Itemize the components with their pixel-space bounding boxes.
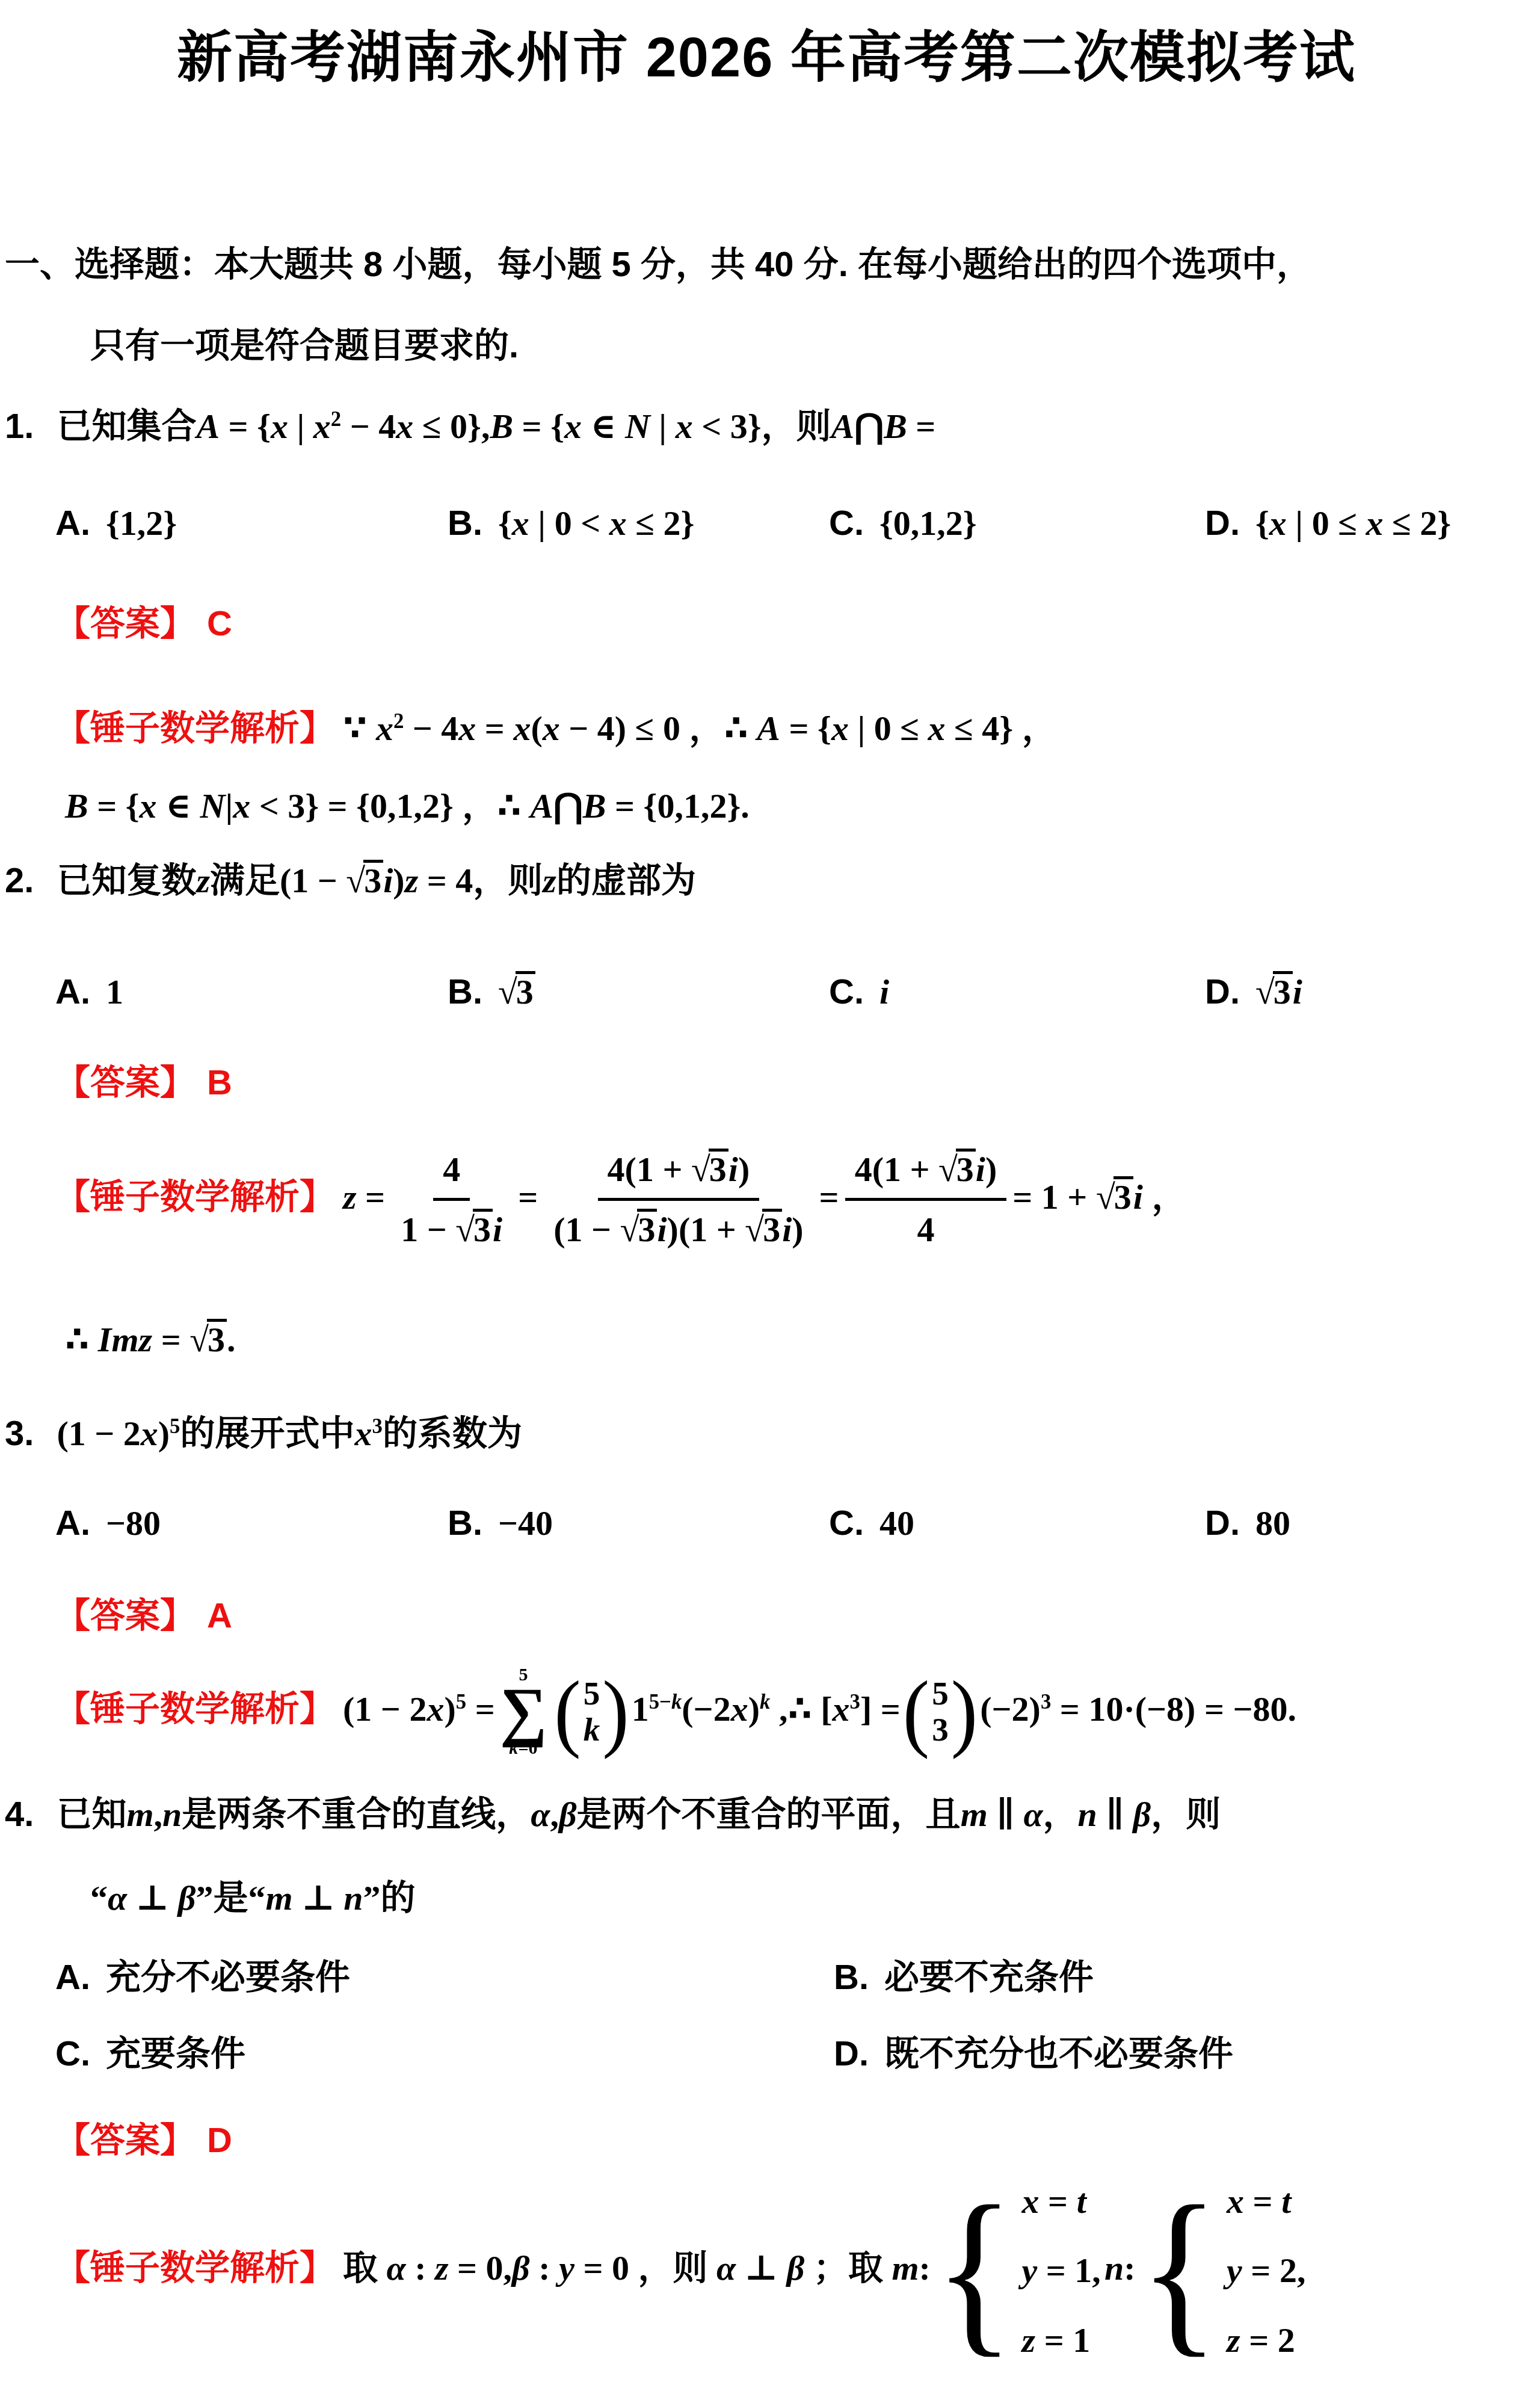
cases-n: {x = ty = 2,z = 2 [1139, 2179, 1305, 2363]
q1-option-d-value: {x | 0 ≤ x ≤ 2} [1255, 504, 1451, 543]
question-4: 4.已知m,n是两条不重合的直线，α,β是两个不重合的平面，且m ∥ α，n ∥… [5, 1792, 1528, 2363]
q4-stem2-math-2: “m ⊥ n” [248, 1878, 381, 1917]
q2-analysis-imz: ∴ Imz = √3. [65, 1320, 236, 1359]
q3-option-c-label: C. [829, 1504, 864, 1543]
q2-option-d: D.√3i [1205, 969, 1302, 1014]
q4-stem-math-ma: m ∥ α [961, 1795, 1043, 1834]
q3-stem-math-2: x3 [355, 1414, 383, 1453]
summation: 5∑k=0 [500, 1666, 547, 1757]
q2-answer-line: 【答案】B [5, 1060, 1528, 1105]
q3-answer-value: A [207, 1596, 232, 1635]
q2-option-a: A.1 [55, 969, 448, 1014]
q2-stem-text-4: 的虚部为 [556, 861, 696, 900]
q2-stem-math-1: (1 − √3i)z = 4 [280, 861, 473, 900]
q1-stem-math-1: A = {x | x2 − 4x ≤ 0},B = {x ∈ N | x < 3… [196, 407, 761, 446]
q4-stem-math-ab: α,β [531, 1795, 576, 1834]
q4-option-c-value: 充要条件 [106, 2034, 245, 2073]
q3-stem-math-1: (1 − 2x)5 [57, 1414, 180, 1453]
binomial-5-k-stack: 5k [581, 1676, 603, 1747]
question-3: 3.(1 − 2x)5的展开式中x3的系数为 A.−80 B.−40 C.40 … [5, 1411, 1528, 1757]
q4-option-a-value: 充分不必要条件 [106, 1958, 350, 1997]
q2-analysis-label: 【锤子数学解析】 [55, 1177, 334, 1217]
cases-n-line-2: y = 2, [1227, 2248, 1305, 2293]
q1-number: 1. [5, 407, 34, 446]
binomial-5-3: (53) [903, 1676, 978, 1747]
q4-stem-text-3: 是两个不重合的平面，且 [577, 1795, 961, 1834]
question-2: 2.已知复数z满足(1 − √3i)z = 4，则z的虚部为 A.1 B.√3 … [5, 858, 1528, 1363]
q1-option-b-label: B. [448, 504, 482, 543]
q1-answer-line: 【答案】C [5, 601, 1528, 646]
q2-analysis-line1: 【锤子数学解析】z =41 − √3i=4(1 + √3i)(1 − √3i)(… [5, 1144, 1528, 1255]
q2-option-a-label: A. [55, 972, 90, 1011]
q3-options: A.−80 B.−40 C.40 D.80 [5, 1501, 1528, 1546]
q2-option-c-label: C. [829, 972, 864, 1011]
q3-option-d-value: 80 [1255, 1504, 1290, 1543]
q2-stem-text-2: 满足 [210, 861, 280, 900]
q2-answer-value: B [207, 1063, 232, 1102]
cases-n-lines: x = ty = 2,z = 2 [1227, 2179, 1305, 2363]
q4-analysis-lead: 取 α : z = 0,β : y = 0 ，则 α ⊥ β ；取 m: [343, 2248, 931, 2287]
q4-analysis-mid: n: [1104, 2248, 1136, 2287]
q1-answer-label: 【答案】 [55, 604, 195, 643]
page-title: 新高考湖南永州市 2026 年高考第二次模拟考试 [5, 26, 1528, 90]
q3-option-a-value: −80 [106, 1504, 161, 1543]
q3-analysis-tail: (−2)3 = 10·(−8) = −80. [980, 1689, 1296, 1729]
q2-fraction-2-denominator: (1 − √3i)(1 + √3i) [544, 1201, 813, 1254]
q2-option-c: C.i [829, 969, 1205, 1014]
q2-fraction-3-numerator: 4(1 + √3i) [845, 1144, 1007, 1201]
left-paren-icon: ( [554, 1677, 581, 1746]
q4-answer-line: 【答案】D [5, 2118, 1528, 2163]
q4-stem2-text-1: 是 [214, 1878, 248, 1917]
q3-option-a-label: A. [55, 1504, 90, 1543]
q3-analysis-line: 【锤子数学解析】(1 − 2x)5 =5∑k=0(5k)15−k(−2x)k ,… [5, 1666, 1528, 1757]
q2-number: 2. [5, 861, 34, 900]
q1-option-a-label: A. [55, 504, 90, 543]
q4-option-b-label: B. [834, 1958, 869, 1997]
q1-stem-math-2: A⋂B = [831, 407, 936, 446]
q2-fraction-3: 4(1 + √3i)4 [845, 1144, 1007, 1255]
q4-answer-value: D [207, 2121, 232, 2160]
q3-answer-label: 【答案】 [55, 1596, 195, 1635]
q2-analysis-line2: ∴ Imz = √3. [5, 1317, 1528, 1362]
q1-analysis-line1: 【锤子数学解析】∵ x2 − 4x = x(x − 4) ≤ 0 ，∴ A = … [5, 706, 1528, 751]
q4-stem2-text-2: 的 [381, 1878, 416, 1917]
q1-option-d: D.{x | 0 ≤ x ≤ 2} [1205, 501, 1451, 546]
q2-fraction-3-denominator: 4 [907, 1201, 944, 1254]
q4-stem-line1: 4.已知m,n是两条不重合的直线，α,β是两个不重合的平面，且m ∥ α，n ∥… [5, 1792, 1528, 1837]
q3-stem-text-1: 的展开式中 [180, 1414, 354, 1453]
q3-analysis-mid: 15−k(−2x)k ,∴ [x3] = [632, 1689, 901, 1729]
cases-n-line-1: x = t [1227, 2179, 1305, 2224]
q4-option-a: A.充分不必要条件 [55, 1955, 834, 2000]
binomial-5-k-bottom: k [584, 1712, 600, 1748]
binomial-5-k: (5k) [554, 1676, 629, 1747]
q1-option-c-value: {0,1,2} [879, 504, 977, 543]
section-heading-line2: 只有一项是符合题目要求的. [5, 323, 1528, 368]
q2-option-d-label: D. [1205, 972, 1240, 1011]
left-brace-icon: { [1139, 2188, 1219, 2354]
q2-option-c-value: i [879, 972, 889, 1011]
cases-m-line-3: z = 1 [1022, 2318, 1101, 2363]
q2-stem-text-3: ，则 [473, 861, 543, 900]
q2-stem-math-z2: z [543, 861, 556, 900]
binomial-5-3-top: 5 [932, 1676, 949, 1712]
q3-option-c: C.40 [829, 1501, 1205, 1546]
q3-option-b-value: −40 [498, 1504, 553, 1543]
q2-stem: 2.已知复数z满足(1 − √3i)z = 4，则z的虚部为 [5, 858, 1528, 903]
q1-option-b: B.{x | 0 < x ≤ 2} [448, 501, 829, 546]
q2-option-d-value: √3i [1255, 972, 1302, 1011]
q4-options-row1: A.充分不必要条件 B.必要不充条件 [5, 1955, 1528, 2000]
q4-option-b-value: 必要不充条件 [884, 1958, 1094, 1997]
q4-option-d-value: 既不充分也不必要条件 [884, 2034, 1233, 2073]
q1-analysis-line2: B = {x ∈ N|x < 3} = {0,1,2} ，∴ A⋂B = {0,… [5, 783, 1528, 828]
q2-fraction-2-numerator: 4(1 + √3i) [598, 1144, 760, 1201]
binomial-5-k-top: 5 [584, 1676, 600, 1712]
q4-stem-text-2: 是两条不重合的直线， [182, 1795, 531, 1834]
q4-stem-text-4: ， [1043, 1795, 1078, 1834]
q4-option-c: C.充要条件 [55, 2031, 834, 2076]
q4-number: 4. [5, 1795, 34, 1834]
q1-option-a-value: {1,2} [106, 504, 177, 543]
q1-option-a: A.{1,2} [55, 501, 448, 546]
cases-m-line-1: x = t [1022, 2179, 1101, 2224]
q2-equals-1: = [518, 1177, 538, 1217]
q2-stem-text-1: 已知复数 [57, 861, 196, 900]
q2-stem-math-z: z [196, 861, 210, 900]
q3-option-c-value: 40 [879, 1504, 914, 1543]
q4-analysis-line: 【锤子数学解析】取 α : z = 0,β : y = 0 ，则 α ⊥ β ；… [5, 2179, 1528, 2363]
q4-options-row2: C.充要条件 D.既不充分也不必要条件 [5, 2031, 1528, 2076]
question-1: 1.已知集合A = {x | x2 − 4x ≤ 0},B = {x ∈ N |… [5, 404, 1528, 829]
q2-options: A.1 B.√3 C.i D.√3i [5, 969, 1528, 1014]
q4-option-c-label: C. [55, 2034, 90, 2073]
q3-stem: 3.(1 − 2x)5的展开式中x3的系数为 [5, 1411, 1528, 1456]
cases-m-lines: x = ty = 1,z = 1 [1022, 2179, 1101, 2363]
q2-option-b-label: B. [448, 972, 482, 1011]
q2-equals-2: = [819, 1177, 839, 1217]
q4-stem-text-5: ，则 [1151, 1795, 1221, 1834]
q3-analysis-label: 【锤子数学解析】 [55, 1689, 334, 1729]
q1-stem: 1.已知集合A = {x | x2 − 4x ≤ 0},B = {x ∈ N |… [5, 404, 1528, 449]
q4-stem-line2: “α ⊥ β”是“m ⊥ n”的 [5, 1875, 1528, 1920]
q3-option-a: A.−80 [55, 1501, 448, 1546]
summation-lower-limit: k=0 [509, 1739, 537, 1757]
q4-stem-math-nb: n ∥ β [1078, 1795, 1151, 1834]
q4-analysis-label: 【锤子数学解析】 [55, 2248, 334, 2287]
q2-fraction-1-denominator: 1 − √3i [391, 1201, 512, 1254]
q1-analysis-math-1: ∵ x2 − 4x = x(x − 4) ≤ 0 ，∴ A = {x | 0 ≤… [343, 709, 1057, 748]
q1-stem-text-1: 已知集合 [57, 407, 196, 446]
q4-stem-math-mn: m,n [126, 1795, 182, 1834]
q2-fraction-1: 41 − √3i [391, 1144, 512, 1255]
binomial-5-3-bottom: 3 [932, 1712, 949, 1748]
q2-option-b-value: √3 [498, 972, 535, 1011]
q4-stem2-math-1: “α ⊥ β” [90, 1878, 214, 1917]
q4-option-a-label: A. [55, 1958, 90, 1997]
q2-analysis-tail: = 1 + √3i ， [1012, 1177, 1186, 1217]
q2-option-b: B.√3 [448, 969, 829, 1014]
q3-analysis-lhs: (1 − 2x)5 = [343, 1689, 495, 1729]
right-paren-icon: ) [602, 1677, 629, 1746]
cases-m: {x = ty = 1,z = 1 [934, 2179, 1101, 2363]
q2-analysis-lead: z = [343, 1177, 385, 1217]
q1-options: A.{1,2} B.{x | 0 < x ≤ 2} C.{0,1,2} D.{x… [5, 501, 1528, 546]
cases-m-line-2: y = 1, [1022, 2248, 1101, 2293]
sigma-icon: ∑ [500, 1683, 547, 1740]
q1-option-d-label: D. [1205, 504, 1240, 543]
q3-stem-text-2: 的系数为 [383, 1414, 522, 1453]
q2-option-a-value: 1 [106, 972, 123, 1011]
q3-option-b: B.−40 [448, 1501, 829, 1546]
q4-option-b: B.必要不充条件 [834, 1955, 1094, 2000]
q4-stem-text-1: 已知 [57, 1795, 126, 1834]
binomial-5-3-stack: 53 [929, 1676, 951, 1747]
q4-option-d: D.既不充分也不必要条件 [834, 2031, 1233, 2076]
q1-option-b-value: {x | 0 < x ≤ 2} [498, 504, 694, 543]
cases-n-line-3: z = 2 [1227, 2318, 1305, 2363]
q1-analysis-label: 【锤子数学解析】 [55, 709, 334, 748]
q1-answer-value: C [207, 604, 232, 643]
q3-option-b-label: B. [448, 1504, 482, 1543]
left-paren-icon: ( [903, 1677, 929, 1746]
q3-answer-line: 【答案】A [5, 1593, 1528, 1638]
left-brace-icon: { [934, 2188, 1015, 2354]
q4-option-d-label: D. [834, 2034, 869, 2073]
section-heading-line1: 一、选择题：本大题共 8 小题，每小题 5 分，共 40 分. 在每小题给出的四… [5, 242, 1528, 287]
q2-fraction-2: 4(1 + √3i)(1 − √3i)(1 + √3i) [544, 1144, 813, 1255]
exam-page: 新高考湖南永州市 2026 年高考第二次模拟考试 一、选择题：本大题共 8 小题… [0, 0, 1540, 2406]
q1-analysis-math-2: B = {x ∈ N|x < 3} = {0,1,2} ，∴ A⋂B = {0,… [65, 786, 750, 825]
q1-option-c-label: C. [829, 504, 864, 543]
q3-number: 3. [5, 1414, 34, 1453]
q4-answer-label: 【答案】 [55, 2121, 195, 2160]
q2-fraction-1-numerator: 4 [433, 1144, 470, 1201]
q1-stem-text-2: ，则 [762, 407, 831, 446]
q1-option-c: C.{0,1,2} [829, 501, 1205, 546]
q3-option-d: D.80 [1205, 1501, 1290, 1546]
right-paren-icon: ) [951, 1677, 978, 1746]
q2-answer-label: 【答案】 [55, 1063, 195, 1102]
q3-option-d-label: D. [1205, 1504, 1240, 1543]
